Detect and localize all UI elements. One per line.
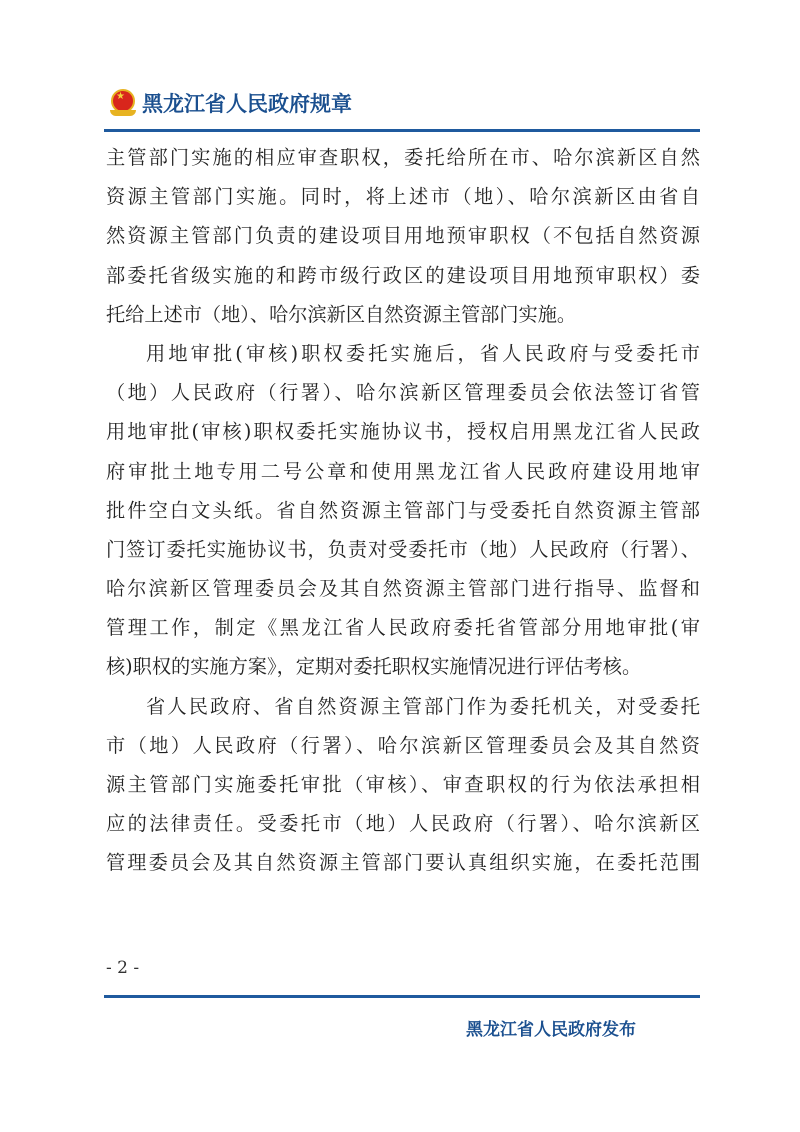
header-divider	[104, 129, 700, 132]
text-line: （地）人民政府（行署）、哈尔滨新区管理委员会依法签订省管	[106, 373, 700, 412]
text-line: 用地审批(审核)职权委托实施后，省人民政府与受委托市	[106, 334, 700, 373]
text-line: 主管部门实施的相应审查职权，委托给所在市、哈尔滨新区自然	[106, 138, 700, 177]
footer-divider	[104, 995, 700, 998]
text-line: 门签订委托实施协议书，负责对受委托市（地）人民政府（行署）、	[106, 530, 700, 569]
header-title: 黑龙江省人民政府规章	[142, 88, 352, 118]
text-line: 然资源主管部门负责的建设项目用地预审职权（不包括自然资源	[106, 216, 700, 255]
document-body: 主管部门实施的相应审查职权，委托给所在市、哈尔滨新区自然资源主管部门实施。同时，…	[106, 138, 700, 883]
text-line: 用地审批(审核)职权委托实施协议书，授权启用黑龙江省人民政	[106, 412, 700, 451]
text-line: 托给上述市（地）、哈尔滨新区自然资源主管部门实施。	[106, 295, 700, 334]
text-line: 市（地）人民政府（行署）、哈尔滨新区管理委员会及其自然资	[106, 726, 700, 765]
text-line: 源主管部门实施委托审批（审核）、审查职权的行为依法承担相	[106, 765, 700, 804]
text-line: 省人民政府、省自然资源主管部门作为委托机关，对受委托	[106, 687, 700, 726]
text-line: 府审批土地专用二号公章和使用黑龙江省人民政府建设用地审	[106, 452, 700, 491]
text-line: 部委托省级实施的和跨市级行政区的建设项目用地预审职权）委	[106, 256, 700, 295]
text-line: 批件空白文头纸。省自然资源主管部门与受委托自然资源主管部	[106, 491, 700, 530]
text-line: 管理工作，制定《黑龙江省人民政府委托省管部分用地审批(审	[106, 608, 700, 647]
document-header: ★ 黑龙江省人民政府规章	[108, 86, 352, 120]
national-emblem-icon: ★	[108, 88, 138, 118]
text-line: 核)职权的实施方案》，定期对委托职权实施情况进行评估考核。	[106, 647, 700, 686]
text-line: 应的法律责任。受委托市（地）人民政府（行署）、哈尔滨新区	[106, 804, 700, 843]
text-line: 哈尔滨新区管理委员会及其自然资源主管部门进行指导、监督和	[106, 569, 700, 608]
text-line: 资源主管部门实施。同时，将上述市（地）、哈尔滨新区由省自	[106, 177, 700, 216]
text-line: 管理委员会及其自然资源主管部门要认真组织实施，在委托范围	[106, 843, 700, 882]
footer-publisher: 黑龙江省人民政府发布	[466, 1015, 636, 1040]
page-number: - 2 -	[106, 958, 139, 978]
